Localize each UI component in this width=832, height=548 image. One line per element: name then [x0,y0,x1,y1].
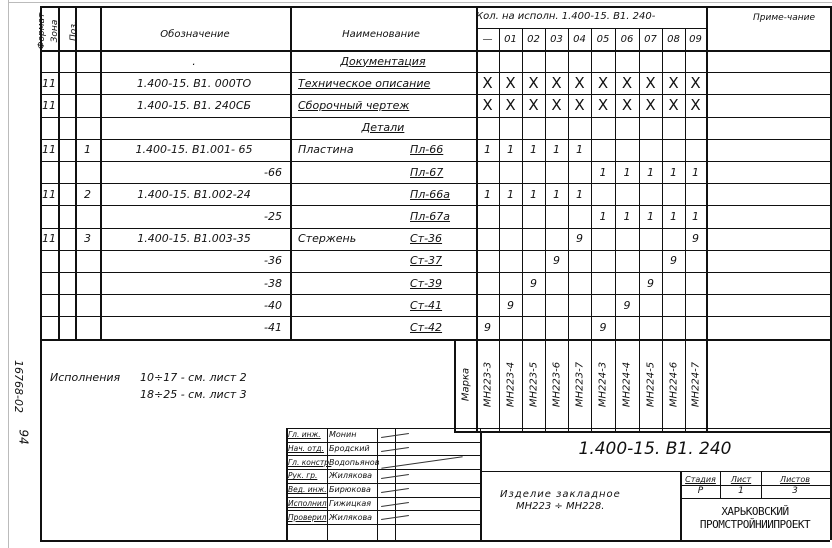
row-quantity-08: 1 [662,205,685,227]
row-quantity-08 [662,228,685,250]
row-zone [58,94,75,116]
row-designation: -40 [106,294,282,316]
mark-value: МН223-5 [528,349,539,419]
row-quantity-— [476,272,499,294]
mark-value: МН224-4 [622,349,633,419]
mark-value: МН223-6 [551,349,562,419]
row-quantity-07 [639,183,662,205]
row-designation: -41 [106,316,282,338]
sheet-left-edge [8,0,9,548]
row-quantity-01 [499,117,522,139]
row-quantity-06 [615,250,639,272]
row-quantity-01: 9 [499,294,522,316]
row-zone [58,72,75,94]
mark-value: МН224-5 [645,349,656,419]
signature-role: Вед. инж. [288,483,327,497]
row-quantity-07 [639,50,662,72]
row-designation: . [106,50,282,72]
signature-name: Бродский [329,442,377,456]
row-quantity-04: 1 [568,183,591,205]
row-format: 11 [40,139,58,161]
row-mark: Ст-41 [410,294,472,316]
row-quantity-03 [545,50,568,72]
row-quantity-08 [662,50,685,72]
row-quantity-02: 1 [522,139,545,161]
signature-role: Нач. отд. [288,442,327,456]
row-name: Техническое описание [298,72,408,94]
row-quantity-05 [591,139,615,161]
row-designation: 1.400-15. В1.002-24 [106,183,282,205]
row-quantity-— [476,50,499,72]
row-quantity-09 [685,139,706,161]
sheet-top-edge [8,2,832,3]
row-quantity-05 [591,294,615,316]
row-format: 11 [40,183,58,205]
row-quantity-— [476,250,499,272]
quantity-column-01: 01 [499,29,522,50]
row-quantity-— [476,294,499,316]
row-position [75,50,100,72]
row-quantity-08 [662,139,685,161]
row-quantity-— [476,205,499,227]
row-quantity-07 [639,117,662,139]
margin-page-number: 94 [17,429,31,444]
row-quantity-04 [568,117,591,139]
row-zone [58,117,75,139]
row-quantity-09 [685,294,706,316]
signature-role: Исполнил [288,497,327,511]
header-note: Приме-чание [753,12,823,25]
row-position [75,250,100,272]
row-quantity-09 [685,117,706,139]
row-position [75,294,100,316]
row-name: Сборочный чертеж [298,94,408,116]
row-quantity-06 [615,139,639,161]
row-quantity-03 [545,161,568,183]
row-quantity-02: 1 [522,183,545,205]
row-quantity-09 [685,50,706,72]
grid-line [680,498,830,499]
row-quantity-02 [522,294,545,316]
row-quantity-03 [545,294,568,316]
row-quantity-04 [568,294,591,316]
row-position: 3 [75,228,100,250]
row-quantity-01 [499,272,522,294]
row-quantity-08 [662,183,685,205]
row-mark [410,72,472,94]
title-line-2: МН223 ÷ МН228. [516,501,604,512]
row-designation: -38 [106,272,282,294]
row-quantity-06: 9 [615,294,639,316]
row-zone [58,50,75,72]
header-position: Поз. [69,11,79,51]
mark-value: МН224-3 [598,349,609,419]
row-mark: Пл-67 [410,161,472,183]
row-quantity-05: 1 [591,161,615,183]
stage-label: Стадия [681,474,720,485]
mark-value: МН224-7 [690,349,701,419]
mark-label: Марка [461,354,472,414]
row-quantity-01: 1 [499,139,522,161]
row-quantity-02 [522,205,545,227]
row-mark [410,50,472,72]
quantity-column-09: 09 [685,29,706,50]
row-format: 11 [40,94,58,116]
row-mark: Пл-66 [410,139,472,161]
row-quantity-01 [499,50,522,72]
row-zone [58,316,75,338]
row-position [75,117,100,139]
row-quantity-04 [568,161,591,183]
row-name [298,294,408,316]
row-quantity-05: 9 [591,316,615,338]
quantity-column-03: 03 [545,29,568,50]
row-quantity-08 [662,316,685,338]
quantity-column-base: — [476,29,499,50]
signature-name: Гижицкая [329,497,377,511]
row-quantity-03: 1 [545,183,568,205]
row-position [75,272,100,294]
title-line-1: Изделие закладное [500,489,621,500]
row-format [40,250,58,272]
row-designation: 1.400-15. В1. 000ТО [106,72,282,94]
row-position [75,205,100,227]
row-quantity-07: 9 [639,272,662,294]
row-designation: 1.400-15. В1.003-35 [106,228,282,250]
row-quantity-—: X [476,94,499,116]
row-quantity-09 [685,250,706,272]
header-quantity-title: Кол. на исполн. 1.400-15. В1. 240- [476,8,746,24]
signature-name: Бирюкова [329,483,377,497]
row-zone [58,228,75,250]
mark-value: МН223-7 [574,349,585,419]
grid-line [377,428,378,540]
row-quantity-09: X [685,72,706,94]
handwritten-signature [381,457,462,469]
row-designation: -66 [106,161,282,183]
row-quantity-05 [591,228,615,250]
row-quantity-07: X [639,72,662,94]
row-quantity-04 [568,316,591,338]
row-quantity-02 [522,50,545,72]
row-designation: -25 [106,205,282,227]
row-position: 2 [75,183,100,205]
row-quantity-06: X [615,72,639,94]
row-mark: Пл-67а [410,205,472,227]
row-name [298,316,408,338]
grid-line [454,339,456,431]
row-quantity-06 [615,183,639,205]
grid-line [706,6,708,431]
row-quantity-04 [568,250,591,272]
header-format: Формат [37,11,47,51]
row-quantity-04 [568,50,591,72]
row-quantity-—: X [476,72,499,94]
row-quantity-09: 1 [685,161,706,183]
quantity-column-04: 04 [568,29,591,50]
row-quantity-05 [591,250,615,272]
row-position [75,161,100,183]
mark-value: МН223-4 [505,349,516,419]
row-quantity-06: 1 [615,205,639,227]
row-format: 11 [40,228,58,250]
row-quantity-04: 1 [568,139,591,161]
row-name: Стержень [298,228,408,250]
row-quantity-07: 1 [639,205,662,227]
row-quantity-01: X [499,94,522,116]
row-quantity-01: 1 [499,183,522,205]
row-name [298,272,408,294]
header-name: Наименование [290,22,472,46]
row-quantity-05 [591,50,615,72]
header-zone: Зона [50,11,60,51]
row-quantity-04: 9 [568,228,591,250]
row-format [40,316,58,338]
row-quantity-03: X [545,94,568,116]
row-position [75,94,100,116]
header-designation: Обозначение [100,22,290,46]
row-quantity-07: 1 [639,161,662,183]
row-quantity-04 [568,205,591,227]
row-mark [410,94,472,116]
row-quantity-02: 9 [522,272,545,294]
signature-name: Жилякова [329,469,377,483]
row-quantity-01: X [499,72,522,94]
row-quantity-02 [522,117,545,139]
grid-line [286,524,480,525]
row-zone [58,250,75,272]
row-quantity-06 [615,272,639,294]
row-quantity-08 [662,294,685,316]
row-format [40,205,58,227]
row-format [40,117,58,139]
row-name [298,161,408,183]
row-quantity-06 [615,228,639,250]
row-quantity-04: X [568,72,591,94]
organization-line-2: ПРОМСТРОЙНИИПРОЕКТ [680,518,830,531]
row-quantity-09 [685,316,706,338]
sheets-value: 3 [762,485,828,496]
row-zone [58,183,75,205]
row-quantity-02 [522,316,545,338]
row-quantity-09 [685,183,706,205]
organization-name: ХАРЬКОВСКИЙ ПРОМСТРОЙНИИПРОЕКТ [680,505,830,531]
row-format [40,161,58,183]
sheet-label: Лист [721,474,761,485]
variants-line-2: 18÷25 - см. лист 3 [140,388,247,401]
row-quantity-03 [545,316,568,338]
row-format [40,294,58,316]
grid-line [327,428,328,540]
row-mark: Ст-42 [410,316,472,338]
row-zone [58,139,75,161]
signature-role: Гл. инж. [288,428,327,442]
row-mark [410,117,472,139]
row-designation [106,117,282,139]
row-quantity-— [476,228,499,250]
row-quantity-05: X [591,94,615,116]
row-zone [58,161,75,183]
row-quantity-07 [639,228,662,250]
row-name [298,205,408,227]
row-position: 1 [75,139,100,161]
title-designation: 1.400-15. В1. 240 [480,428,830,470]
row-quantity-02 [522,228,545,250]
row-quantity-07 [639,316,662,338]
row-quantity-07 [639,250,662,272]
row-quantity-09 [685,272,706,294]
row-position [75,72,100,94]
row-zone [58,205,75,227]
row-quantity-09: X [685,94,706,116]
stage-value: Р [681,485,720,496]
row-quantity-06: X [615,94,639,116]
row-quantity-02: X [522,72,545,94]
row-quantity-03 [545,272,568,294]
row-designation: 1.400-15. В1.001- 65 [106,139,282,161]
row-quantity-08 [662,117,685,139]
organization-line-1: ХАРЬКОВСКИЙ [680,505,830,518]
sheet-value: 1 [721,485,761,496]
row-quantity-06 [615,50,639,72]
row-quantity-03: 1 [545,139,568,161]
signature-role: Рук. гр. [288,469,327,483]
signature-role: Гл. констр. [288,455,327,469]
mark-value: МН223-3 [482,349,493,419]
row-quantity-08: 1 [662,161,685,183]
row-quantity-01 [499,228,522,250]
row-quantity-04 [568,272,591,294]
quantity-column-07: 07 [639,29,662,50]
row-zone [58,294,75,316]
grid-line [480,471,830,472]
row-position [75,316,100,338]
row-quantity-03 [545,205,568,227]
row-quantity-06 [615,316,639,338]
row-format [40,50,58,72]
row-name [298,183,408,205]
row-name [298,250,408,272]
row-designation: 1.400-15. В1. 240СБ [106,94,282,116]
row-mark: Ст-36 [410,228,472,250]
row-mark: Ст-37 [410,250,472,272]
signature-name: Водопьянов [329,455,377,469]
row-quantity-07 [639,139,662,161]
row-quantity-04: X [568,94,591,116]
row-quantity-06 [615,117,639,139]
row-format: 11 [40,72,58,94]
row-quantity-01 [499,316,522,338]
row-quantity-03 [545,117,568,139]
row-format [40,272,58,294]
row-quantity-05 [591,183,615,205]
row-quantity-07: X [639,94,662,116]
row-quantity-09: 1 [685,205,706,227]
row-quantity-01 [499,205,522,227]
row-designation: -36 [106,250,282,272]
variants-line-1: 10÷17 - см. лист 2 [140,371,247,384]
row-quantity-08: X [662,72,685,94]
sheets-label: Листов [762,474,828,485]
row-quantity-03: 9 [545,250,568,272]
row-quantity-01 [499,161,522,183]
row-quantity-— [476,161,499,183]
grid-line [395,428,396,540]
quantity-column-05: 05 [591,29,615,50]
row-quantity-05: X [591,72,615,94]
row-quantity-08 [662,272,685,294]
grid-line [40,339,830,341]
row-quantity-02 [522,250,545,272]
margin-inventory-number: 16768-02 [12,360,25,413]
variants-label: Исполнения [50,371,120,384]
mark-value: МН224-6 [668,349,679,419]
row-zone [58,272,75,294]
row-quantity-06: 1 [615,161,639,183]
row-quantity-03 [545,228,568,250]
row-quantity-05: 1 [591,205,615,227]
row-quantity-08: X [662,94,685,116]
row-quantity-—: 9 [476,316,499,338]
quantity-column-06: 06 [615,29,639,50]
row-quantity-01 [499,250,522,272]
signature-name: Монин [329,428,377,442]
row-quantity-02 [522,161,545,183]
signature-name: Жилякова [329,510,377,524]
row-quantity-09: 9 [685,228,706,250]
row-quantity-— [476,117,499,139]
row-quantity-07 [639,294,662,316]
row-quantity-05 [591,272,615,294]
row-mark: Ст-39 [410,272,472,294]
row-mark: Пл-66а [410,183,472,205]
grid-line [100,6,102,339]
grid-line [40,540,830,542]
quantity-column-02: 02 [522,29,545,50]
row-quantity-03: X [545,72,568,94]
row-quantity-—: 1 [476,183,499,205]
row-name: Пластина [298,139,408,161]
row-quantity-05 [591,117,615,139]
quantity-column-08: 08 [662,29,685,50]
signature-role: Проверил [288,510,327,524]
row-quantity-—: 1 [476,139,499,161]
row-quantity-08: 9 [662,250,685,272]
row-quantity-02: X [522,94,545,116]
